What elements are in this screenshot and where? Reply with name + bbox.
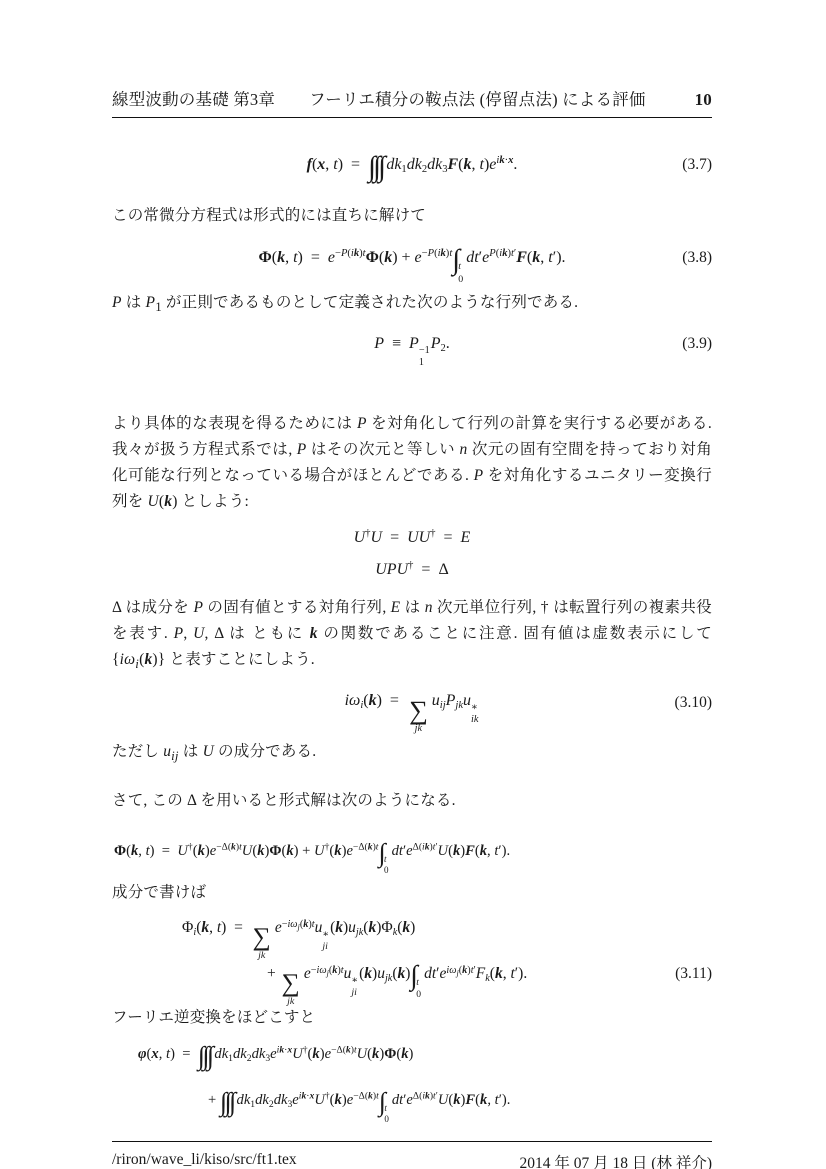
header-rule: [112, 117, 712, 118]
paragraph-p-matrix-def: P は P1 が正則であるものとして定義された次のような行列である.: [112, 290, 712, 320]
equation-3-11-line1: Φi(k, t) = ∑jke−iωj(k)tu∗ji(k)ujk(k)Φk(k…: [112, 907, 712, 949]
equation-3-7: f(x, t) = ∫∫∫ dk1dk2dk3F(k, t)eik·x. (3.…: [112, 145, 712, 185]
equation-3-11-line2: + ∑jke−iωj(k)tu∗ji(k)ujk(k)∫t0dt′eiωj(k)…: [112, 949, 712, 999]
equation-3-8: Φ(k, t) = e−P(ik)tΦ(k) + e−P(ik)t∫t0dt′e…: [112, 233, 712, 283]
equation-3-8-number: (3.8): [682, 233, 712, 283]
equation-3-10-number: (3.10): [675, 679, 712, 727]
paragraph-inverse-fourier-intro: フーリエ逆変換をほどこすと: [112, 1005, 712, 1031]
equation-unitary-block: U†U = UU† = E UPU† = Δ: [112, 524, 712, 584]
equation-formal-solution: Φ(k, t) = U†(k)e−Δ(k)tU(k)Φ(k) + U†(k)e−…: [112, 826, 712, 876]
paragraph-delta-explain: Δ は成分を P の固有値とする対角行列, E は n 次元単位行列, † は転…: [112, 595, 712, 677]
equation-3-8-body: Φ(k, t) = e−P(ik)tΦ(k) + e−P(ik)t∫t0dt′e…: [258, 249, 565, 266]
paragraph-in-components: 成分で書けば: [112, 880, 712, 906]
footer-date-author: 2014 年 07 月 18 日 (林 祥介): [520, 1151, 712, 1169]
equation-3-9: P ≡ P−11P2. (3.9): [112, 329, 712, 359]
document-body: f(x, t) = ∫∫∫ dk1dk2dk3F(k, t)eik·x. (3.…: [112, 145, 712, 1125]
equation-3-11: Φi(k, t) = ∑jke−iωj(k)tu∗ji(k)ujk(k)Φk(k…: [112, 907, 712, 999]
header-chapter-title: フーリエ積分の鞍点法 (停留点法) による評価: [309, 86, 646, 110]
equation-unitary-1: U†U = UU† = E: [112, 524, 712, 552]
page-footer: /riron/wave_li/kiso/src/ft1.tex 2014 年 0…: [112, 1151, 712, 1169]
equation-inverse-fourier-line2: + ∫∫∫ dk1dk2dk3eik·xU†(k)e−Δ(k)t∫t0dt′eΔ…: [112, 1075, 712, 1125]
footer-rule: [112, 1141, 712, 1142]
equation-3-11-line2-body: + ∑jke−iωj(k)tu∗ji(k)ujk(k)∫t0dt′eiωj(k)…: [267, 965, 527, 982]
footer-file-path: /riron/wave_li/kiso/src/ft1.tex: [112, 1151, 297, 1169]
equation-inverse-fourier-line1: φ(x, t) = ∫∫∫ dk1dk2dk3eik·xU†(k)e−Δ(k)t…: [112, 1033, 712, 1075]
equation-3-9-body: P ≡ P−11P2.: [374, 335, 450, 352]
equation-3-9-number: (3.9): [682, 329, 712, 359]
equation-3-7-body: f(x, t) = ∫∫∫ dk1dk2dk3F(k, t)eik·x.: [307, 156, 518, 173]
paragraph-uij-component: ただし uij は U の成分である.: [112, 739, 712, 769]
equation-unitary-2: UPU† = Δ: [112, 556, 712, 584]
page-number: 10: [695, 90, 712, 110]
paragraph-diagonalize: より具体的な表現を得るためには P を対角化して行列の計算を実行する必要がある.…: [112, 411, 712, 515]
equation-3-11-number: (3.11): [675, 949, 712, 999]
equation-inverse-fourier: φ(x, t) = ∫∫∫ dk1dk2dk3eik·xU†(k)e−Δ(k)t…: [112, 1033, 712, 1125]
document-page: 線型波動の基礎 第3章 フーリエ積分の鞍点法 (停留点法) による評価 10 f…: [0, 0, 826, 1169]
page-header: 線型波動の基礎 第3章 フーリエ積分の鞍点法 (停留点法) による評価 10: [112, 86, 712, 110]
paragraph-ode-solved: この常微分方程式は形式的には直ちに解けて: [112, 203, 712, 229]
equation-3-7-number: (3.7): [682, 145, 712, 185]
equation-3-10: iωi(k) = ∑jkuijPjku∗ik (3.10): [112, 677, 712, 729]
header-book-title: 線型波動の基礎 第3章: [112, 86, 275, 110]
paragraph-formal-solution-intro: さて, この Δ を用いると形式解は次のようになる.: [112, 788, 712, 814]
equation-3-10-body: iωi(k) = ∑jkuijPjku∗ik: [345, 692, 480, 709]
